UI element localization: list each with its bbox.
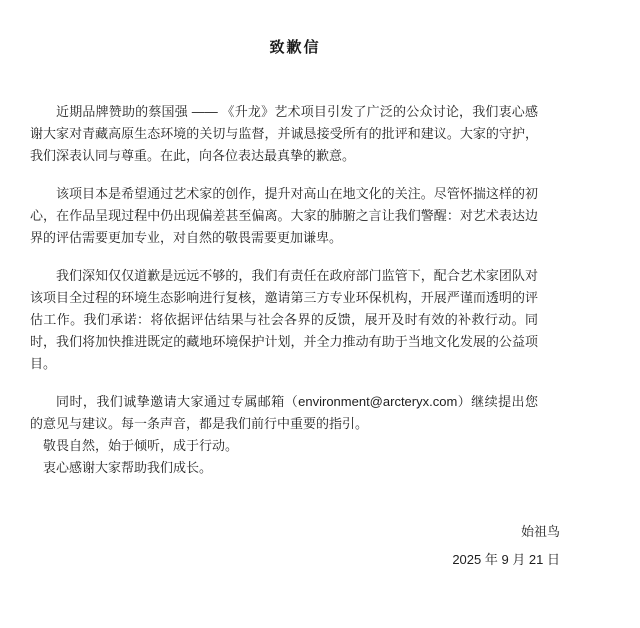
letter-paragraph-2: 该项目本是希望通过艺术家的创作，提升对高山在地文化的关注。尽管怀揣这样的初心，在… xyxy=(30,183,538,249)
closing-line-1: 敬畏自然，始于倾听，成于行动。 xyxy=(30,435,538,457)
letter-body: 近期品牌赞助的蔡国强 —— 《升龙》艺术项目引发了广泛的公众讨论，我们衷心感谢大… xyxy=(30,101,560,435)
closing-line-2: 衷心感谢大家帮助我们成长。 xyxy=(30,457,538,479)
signature-name: 始祖鸟 xyxy=(30,518,560,546)
letter-title: 致歉信 xyxy=(30,36,560,60)
letter-paragraph-4: 同时，我们诚挚邀请大家通过专属邮箱（environment@arcteryx.c… xyxy=(30,391,538,435)
apology-letter-page: 致歉信 近期品牌赞助的蔡国强 —— 《升龙》艺术项目引发了广泛的公众讨论，我们衷… xyxy=(0,0,640,628)
signature-block: 始祖鸟 2025 年 9 月 21 日 xyxy=(30,518,560,574)
signature-date: 2025 年 9 月 21 日 xyxy=(30,546,560,574)
closing-block: 敬畏自然，始于倾听，成于行动。 衷心感谢大家帮助我们成长。 xyxy=(30,435,560,479)
letter-container: 致歉信 近期品牌赞助的蔡国强 —— 《升龙》艺术项目引发了广泛的公众讨论，我们衷… xyxy=(30,0,560,574)
letter-paragraph-1: 近期品牌赞助的蔡国强 —— 《升龙》艺术项目引发了广泛的公众讨论，我们衷心感谢大… xyxy=(30,101,538,167)
letter-paragraph-3: 我们深知仅仅道歉是远远不够的，我们有责任在政府部门监管下，配合艺术家团队对该项目… xyxy=(30,265,538,375)
